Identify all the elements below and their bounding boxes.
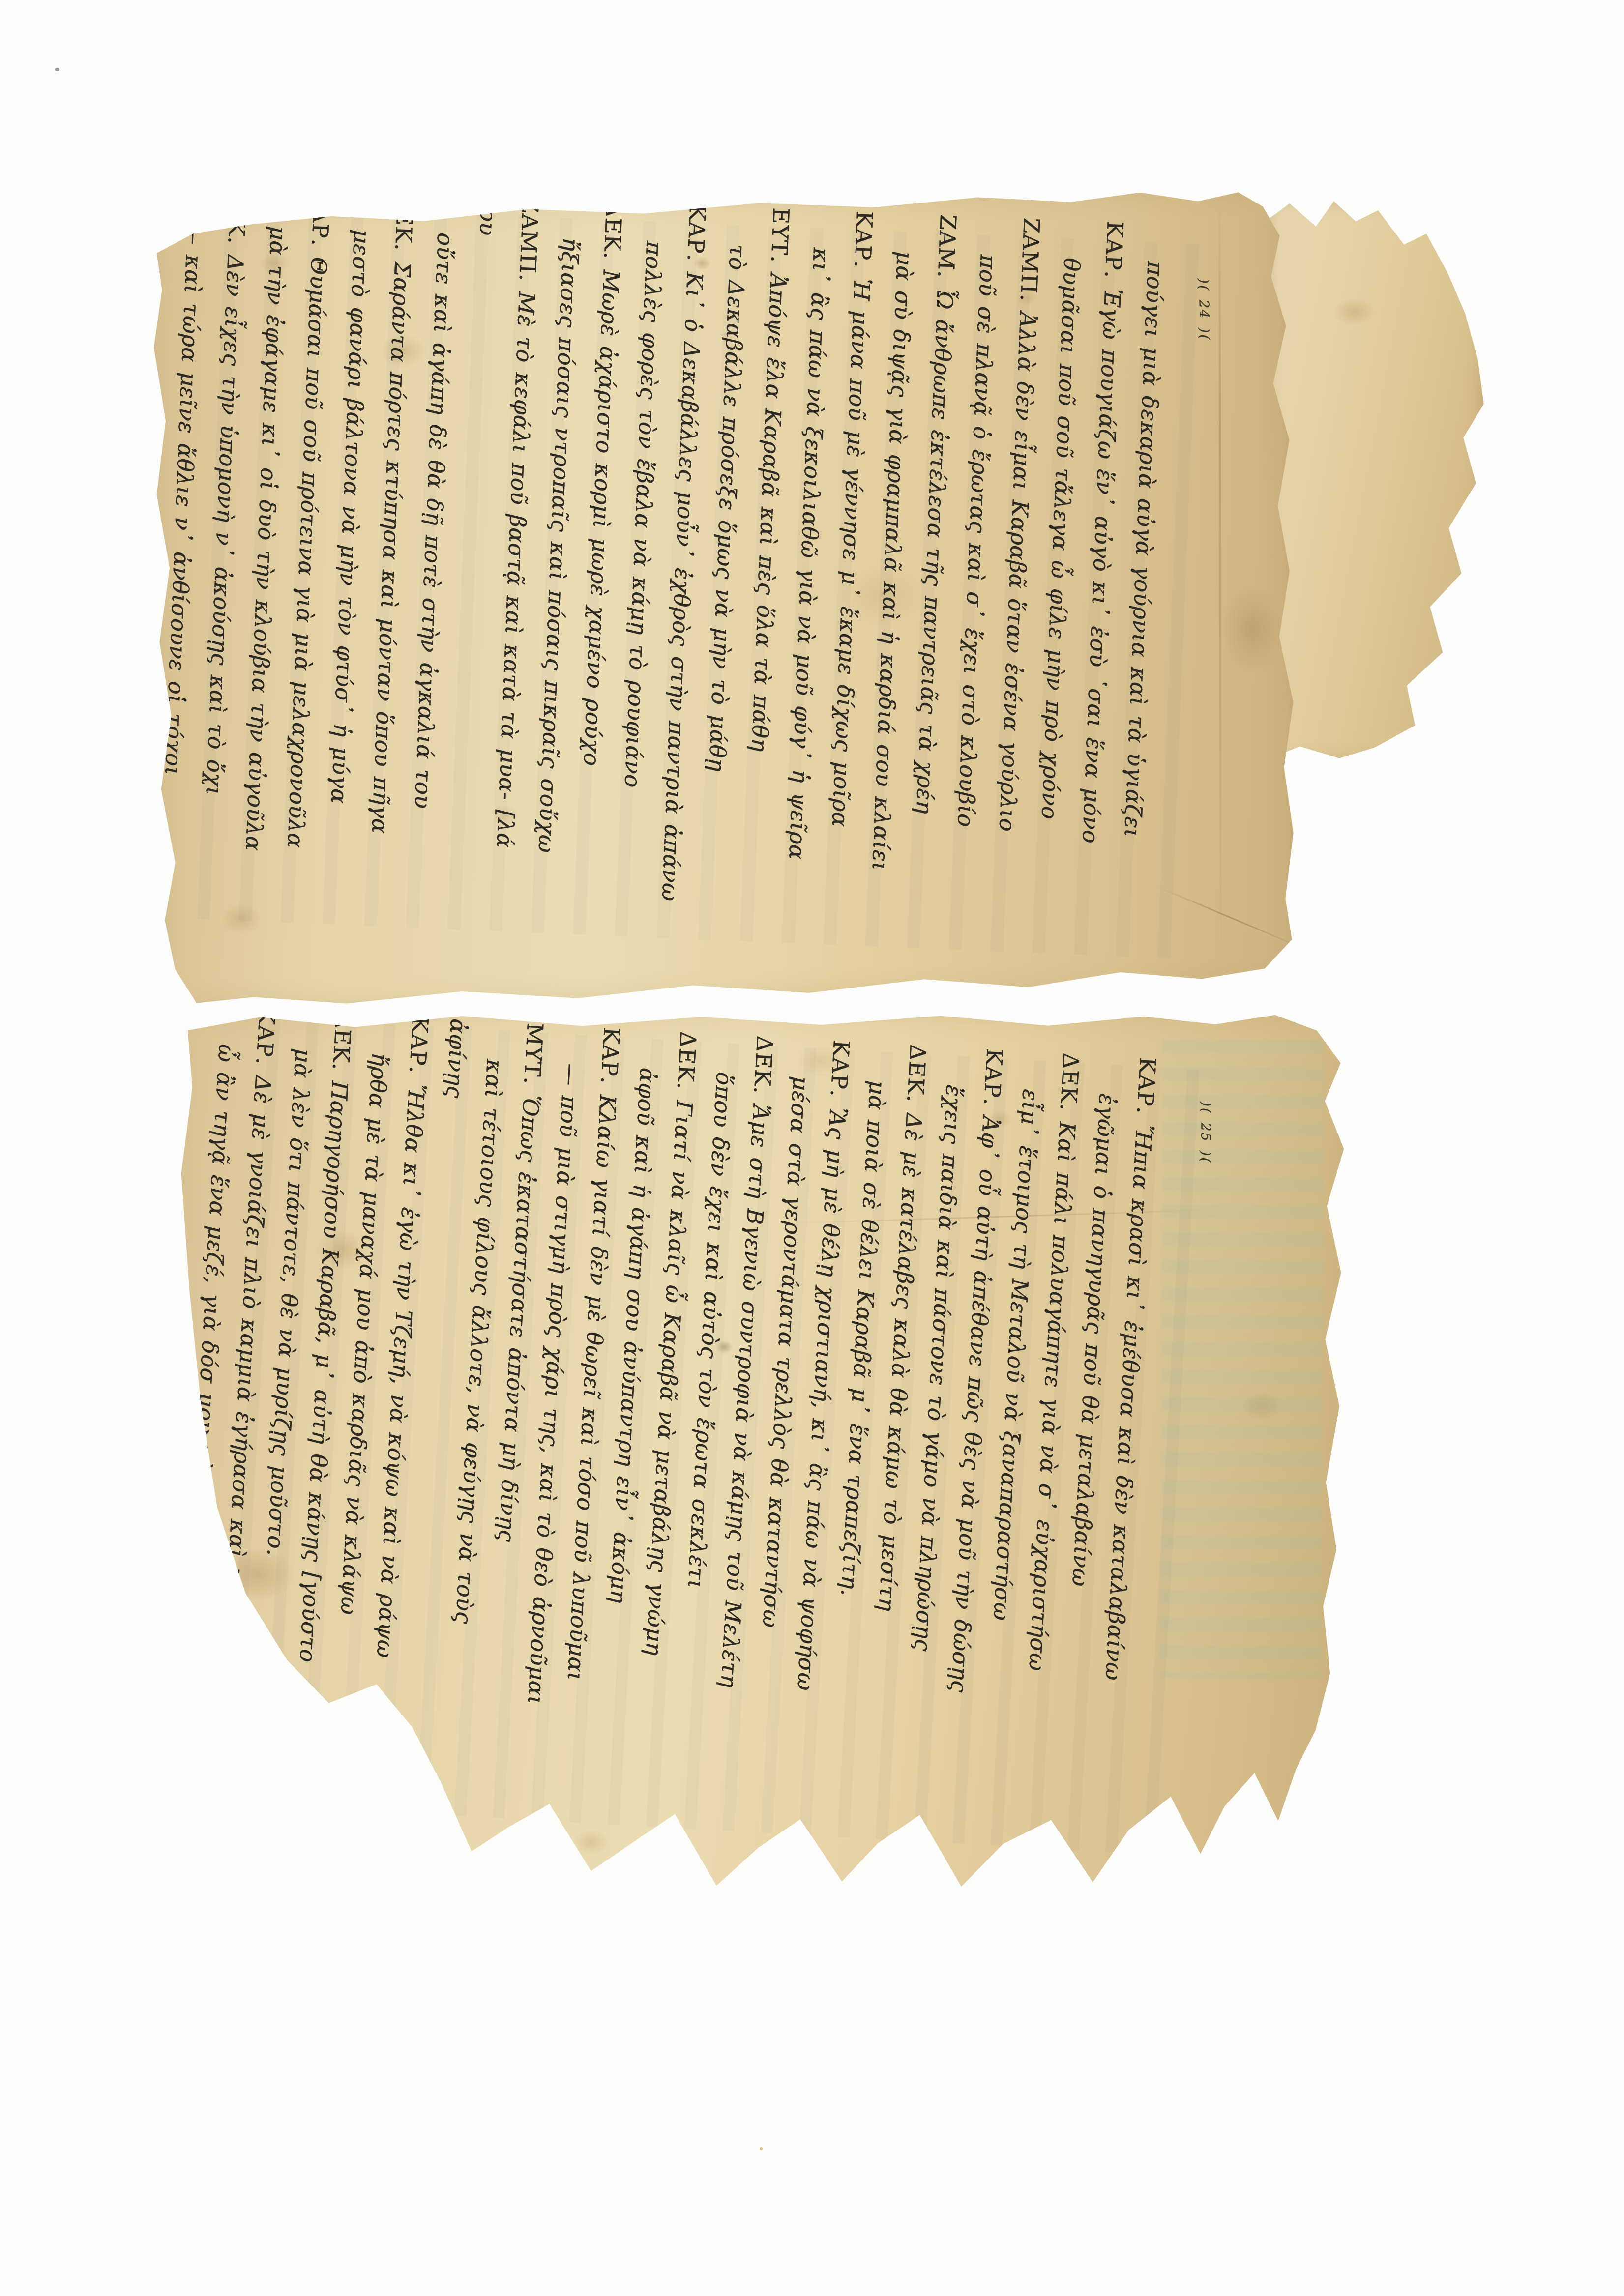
crease-line [1158, 886, 1303, 949]
speaker-label: ΔΕΚ. [389, 192, 418, 262]
speaker-label: ΚΑΡ. [1131, 1056, 1161, 1125]
verse-lines-24: πούγει μιὰ δεκαριὰ αὐγὰ γούρνια καὶ τὰ ὑ… [148, 183, 1178, 921]
speaker-label: ΚΑΡ. [250, 1007, 280, 1076]
speaker-label: ΔΕΚ. [748, 1035, 778, 1105]
speaker-label: ΚΑΡ. [595, 1026, 625, 1095]
torn-paper-flap [1260, 198, 1489, 766]
page-number-25: )( 25 )( [1198, 1101, 1213, 1164]
page-number-24: )( 24 )( [1196, 278, 1212, 341]
page-sheet-24: )( 24 )( πούγει μιὰ δεκαριὰ αὐγὰ γούρνια… [135, 178, 1306, 1019]
speaker-label: ΜΥΤ. [518, 1022, 548, 1096]
speaker-label: ΚΑΡ. [682, 204, 710, 273]
verse-lines-25: ΚΑΡ. Ἤπια κρασὶ κι᾿ ἐμέθυσα καὶ δὲν κατα… [171, 1005, 1167, 1750]
print-through-ghost [1160, 1040, 1325, 1679]
speaker-label: ΚΑΡ. [849, 210, 878, 279]
speaker-label: ΚΑΡ. [825, 1039, 855, 1108]
speaker-label: ΖΑΜ. [932, 214, 961, 289]
speaker-label: ΖΑΜΠ. [514, 197, 544, 292]
speaker-label: ΔΕΚ. [327, 1012, 357, 1082]
speaker-label: ΕΥΤ. [766, 207, 794, 274]
speaker-label: ΔΕΚ. [222, 185, 251, 255]
speaker-label: ΚΑΡ. [404, 1016, 434, 1085]
scanned-document-background: )( 24 )( πούγει μιὰ δεκαριὰ αὐγὰ γούρνια… [0, 0, 1624, 2296]
page-sheet-25: )( 25 )( ΚΑΡ. Ἤπια κρασὶ κι᾿ ἐμέθυσα καὶ… [161, 1002, 1359, 1959]
speaker-label: ΚΑΡ. [306, 189, 334, 258]
paper-speck [760, 2147, 763, 2150]
crease-line [1218, 194, 1222, 976]
speaker-label: ΚΑΡ. [1099, 221, 1128, 290]
speaker-label: ΔΕΚ. [1055, 1052, 1085, 1123]
speaker-label: ΚΑΡ. [978, 1048, 1008, 1117]
speaker-label: ΖΑΜΠ. [1015, 217, 1045, 313]
speaker-label: ΔΕΚ. [672, 1031, 702, 1101]
speaker-label: ΔΕΚ. [598, 201, 627, 270]
paper-speck [55, 68, 59, 71]
speaker-label: ΔΕΚ. [901, 1044, 931, 1114]
